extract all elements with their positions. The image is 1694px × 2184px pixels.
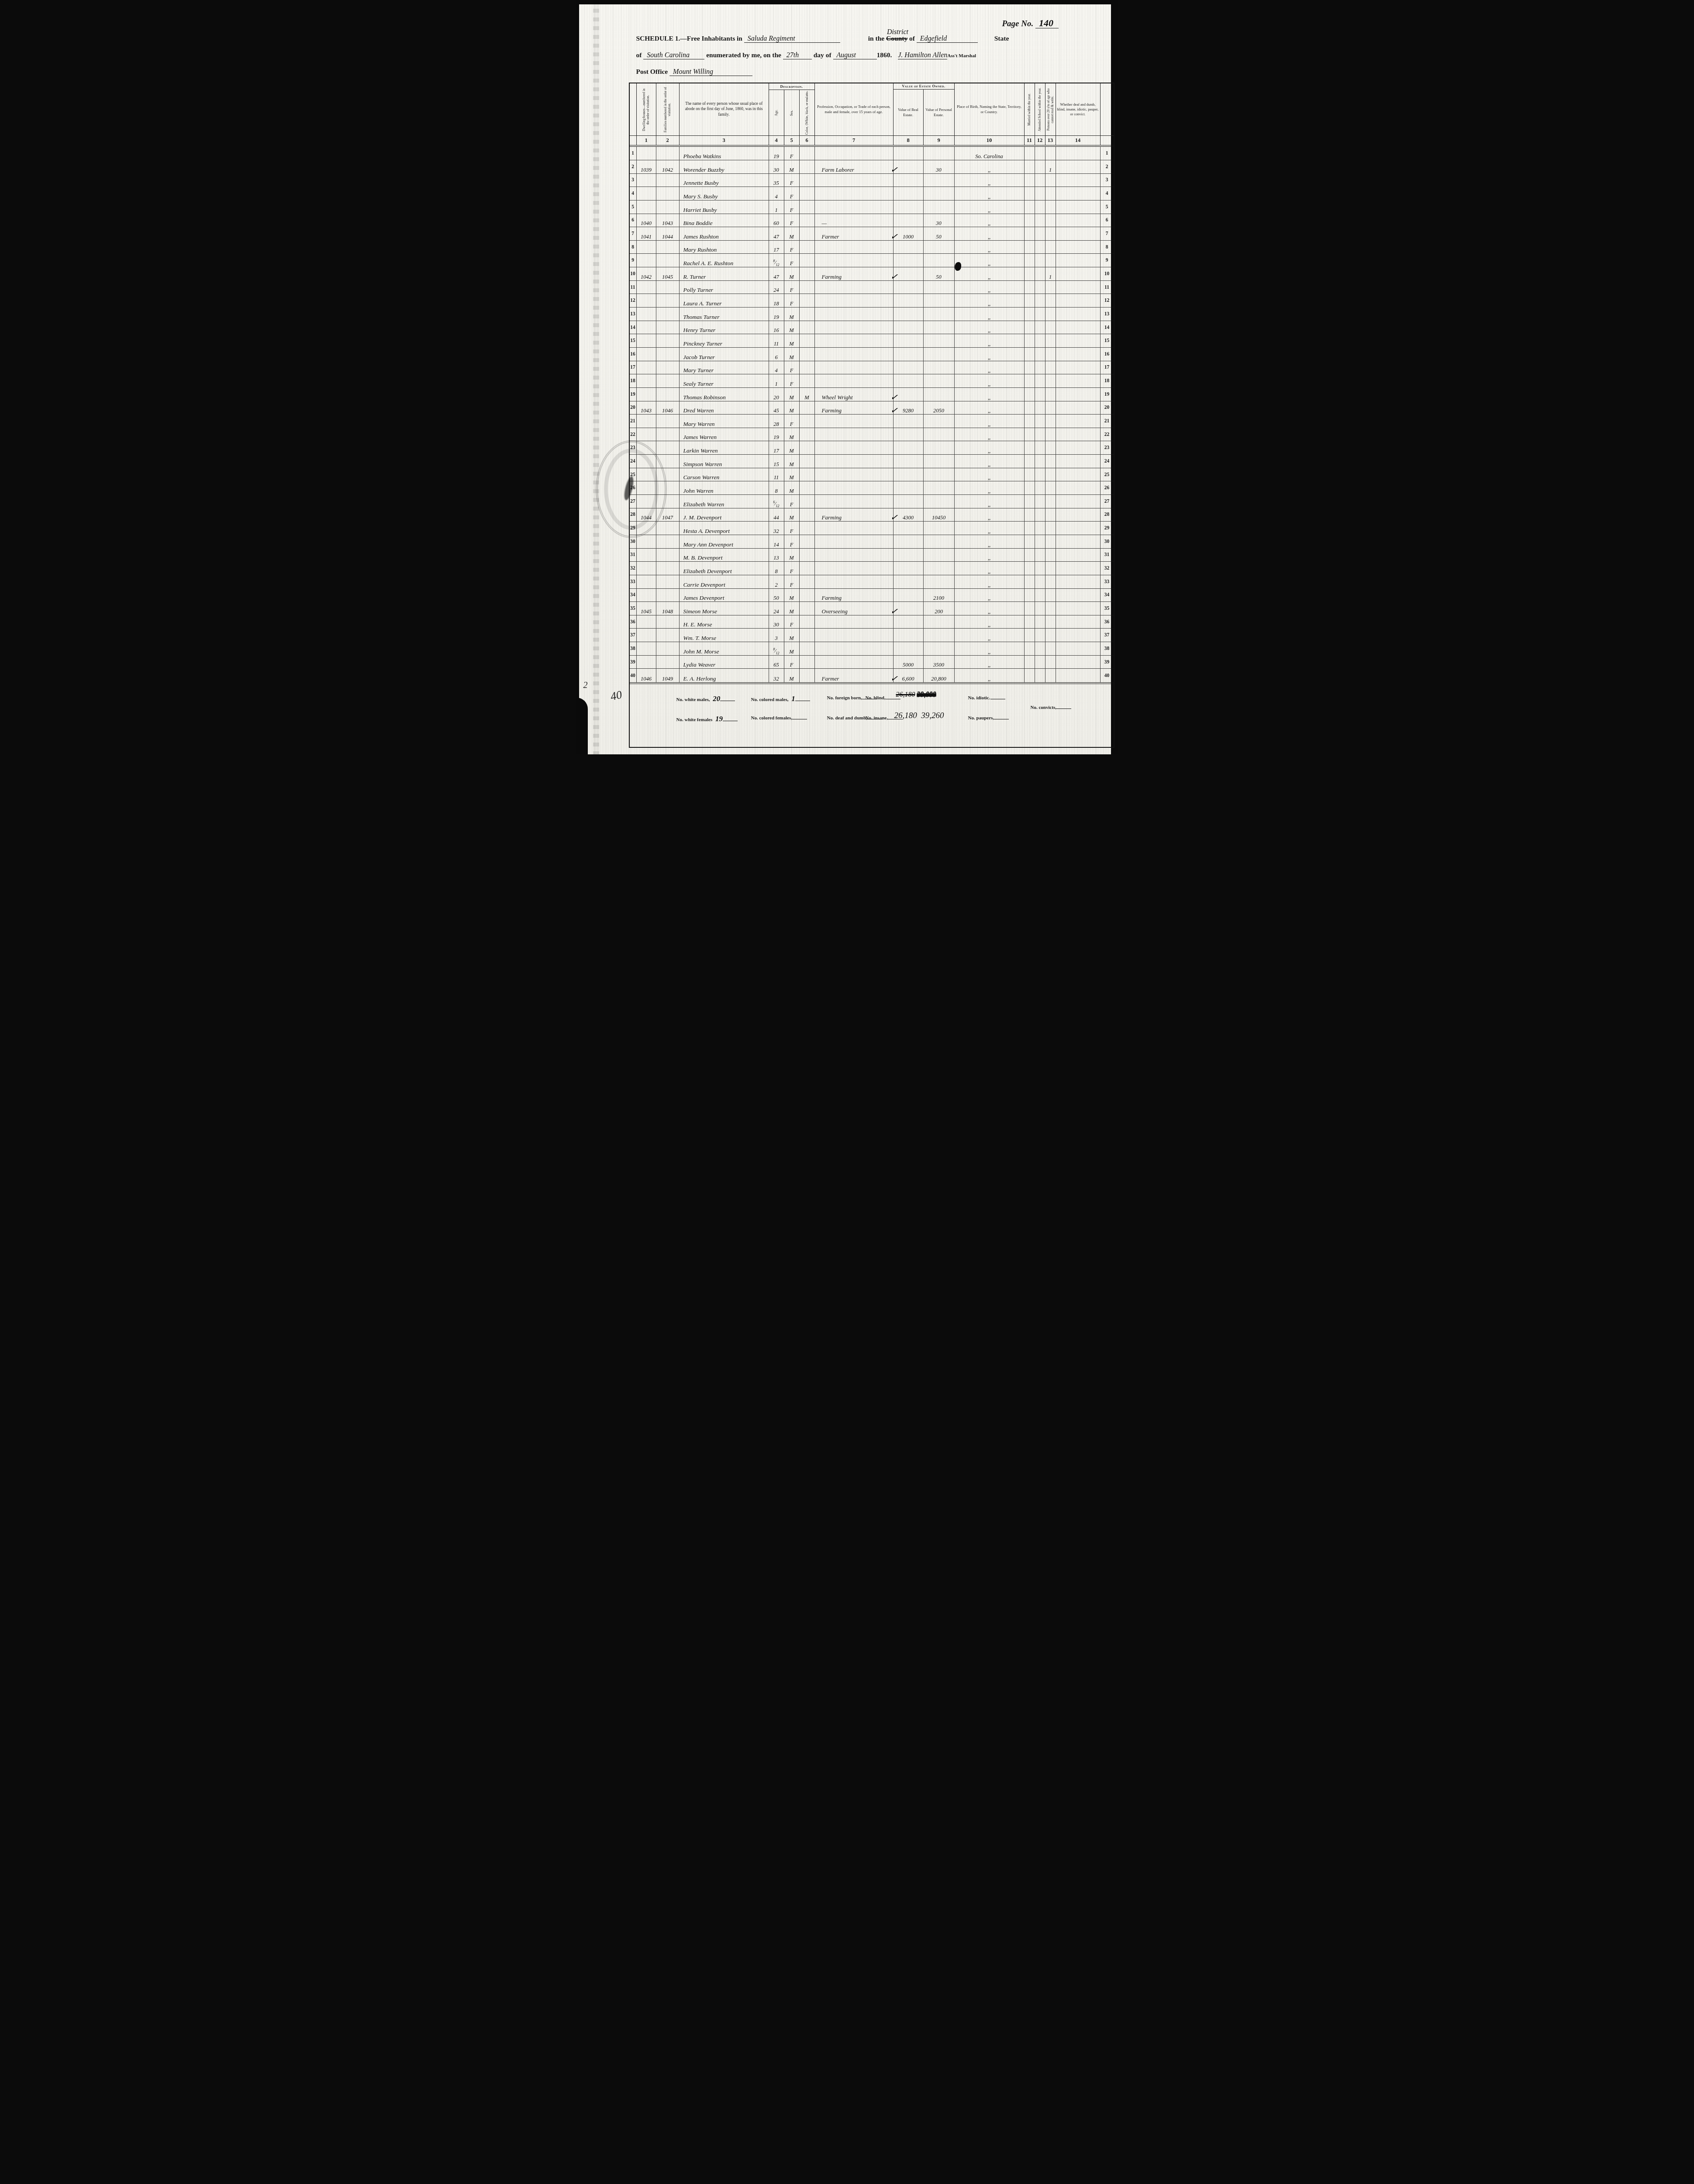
cell-name: Carson Warren (680, 468, 769, 482)
col-header-name: The name of every person whose usual pla… (680, 83, 769, 135)
cell-dwelling-number: 1041 (637, 227, 656, 241)
cell-age: 8 (769, 481, 784, 495)
row-number: 22 (1101, 428, 1114, 442)
cell-married (1025, 629, 1035, 642)
cell-personal-estate (924, 575, 955, 589)
cell-remarks (1056, 468, 1101, 482)
cell-color (800, 294, 815, 308)
column-number: 7 (815, 136, 894, 145)
row-number: 7 (1101, 227, 1114, 241)
cell-dwelling-number (637, 281, 656, 294)
cell-married (1025, 589, 1035, 602)
column-numbers-row: 1234567891011121314 (630, 136, 1114, 147)
row-number: 10 (1101, 267, 1114, 281)
row-number: 6 (1101, 214, 1114, 228)
cell-real-estate (894, 522, 924, 535)
gutter (1101, 136, 1114, 145)
cell-real-estate (894, 174, 924, 187)
cell-sex: M (784, 589, 800, 602)
cell-color (800, 495, 815, 508)
cell-remarks (1056, 348, 1101, 361)
table-row: 9Rachel A. E. Rushton8⁄12F,,9 (630, 254, 1114, 267)
cell-remarks (1056, 281, 1101, 294)
cell-remarks (1056, 308, 1101, 321)
cell-personal-estate: 30 (924, 160, 955, 174)
cell-real-estate (894, 481, 924, 495)
table-row: 29Hesta A. Devenport32F,,29 (630, 522, 1114, 535)
row-number: 5 (630, 200, 637, 214)
cell-remarks (1056, 508, 1101, 522)
cell-dwelling-number (637, 388, 656, 401)
row-number: 27 (1101, 495, 1114, 508)
cell-personal-estate (924, 294, 955, 308)
cell-family-number (656, 361, 680, 375)
cell-remarks (1056, 147, 1101, 160)
cell-sex: F (784, 241, 800, 254)
cell-color (800, 522, 815, 535)
cell-occupation: Farm Laborer (815, 160, 894, 174)
cell-color (800, 615, 815, 629)
cell-age: 11 (769, 334, 784, 348)
row-number: 36 (630, 615, 637, 629)
cell-school (1035, 214, 1045, 228)
cell-sex: M (784, 267, 800, 281)
cell-cannot-read-write (1045, 656, 1056, 669)
cell-name: James Rushton (680, 227, 769, 241)
cell-birthplace: ,, (955, 468, 1025, 482)
cell-cannot-read-write (1045, 294, 1056, 308)
cell-real-estate: 6,600✓ (894, 669, 924, 682)
cell-school (1035, 187, 1045, 200)
of2-label: of (636, 52, 642, 59)
cell-sex: F (784, 656, 800, 669)
cell-cannot-read-write (1045, 374, 1056, 388)
cell-cannot-read-write (1045, 642, 1056, 656)
cell-age: 30 (769, 160, 784, 174)
cell-color (800, 455, 815, 468)
cell-age: 60 (769, 214, 784, 228)
cell-school (1035, 308, 1045, 321)
idiotic-label: No. idiotic. (968, 695, 1005, 701)
cell-name: Bina Boddie (680, 214, 769, 228)
cell-cannot-read-write (1045, 200, 1056, 214)
table-row: 34James Devenport50MFarming2100,,34 (630, 589, 1114, 602)
cell-real-estate (894, 241, 924, 254)
cell-age: 20 (769, 388, 784, 401)
cell-school (1035, 629, 1045, 642)
table-row: 37Wm. T. Morse3M,,37 (630, 629, 1114, 642)
row-number: 40 (630, 669, 637, 682)
cell-married (1025, 281, 1035, 294)
cell-cannot-read-write (1045, 308, 1056, 321)
table-footer: No. white males, 20 No. white females 19… (630, 682, 1114, 747)
cell-cannot-read-write (1045, 468, 1056, 482)
cell-remarks (1056, 187, 1101, 200)
marshal-title: Ass't Marshal (947, 53, 976, 59)
cell-name: James Warren (680, 428, 769, 442)
day-value: 27th (783, 52, 812, 59)
cell-dwelling-number (637, 481, 656, 495)
table-row: 32Elizabeth Devenport8F,,32 (630, 562, 1114, 575)
cell-birthplace: ,, (955, 522, 1025, 535)
census-table: Dwelling-houses—numbered in the order of… (629, 83, 1114, 748)
cell-personal-estate (924, 441, 955, 455)
row-number: 34 (630, 589, 637, 602)
cell-family-number (656, 348, 680, 361)
cell-married (1025, 549, 1035, 562)
col-header-age: Age. (769, 90, 784, 135)
row-number: 23 (1101, 441, 1114, 455)
row-number: 17 (1101, 361, 1114, 375)
cell-birthplace: ,, (955, 200, 1025, 214)
cell-married (1025, 200, 1035, 214)
cell-school (1035, 321, 1045, 335)
cell-occupation (815, 200, 894, 214)
cell-color (800, 214, 815, 228)
cell-color (800, 629, 815, 642)
cell-dwelling-number (637, 428, 656, 442)
colored-males-value: 1 (791, 695, 795, 703)
cell-birthplace: ,, (955, 374, 1025, 388)
post-office-line: Post Office Mount Willing (636, 68, 753, 76)
col-header-profession: Profession, Occupation, or Trade of each… (815, 83, 894, 135)
white-males-label: No. white males, 20 (676, 695, 735, 703)
cell-real-estate: ✓ (894, 267, 924, 281)
cell-real-estate (894, 374, 924, 388)
cell-name: Laura A. Turner (680, 294, 769, 308)
cell-cannot-read-write (1045, 629, 1056, 642)
col-header-real-estate: Value of Real Estate. (894, 90, 924, 135)
cell-family-number (656, 455, 680, 468)
cell-sex: F (784, 535, 800, 549)
cell-dwelling-number (637, 455, 656, 468)
cell-sex: F (784, 495, 800, 508)
cell-remarks (1056, 401, 1101, 415)
row-number: 10 (630, 267, 637, 281)
cell-remarks (1056, 227, 1101, 241)
cell-real-estate (894, 321, 924, 335)
cell-name: Jennette Busby (680, 174, 769, 187)
cell-personal-estate (924, 254, 955, 267)
cell-occupation (815, 615, 894, 629)
cell-sex: F (784, 615, 800, 629)
page-number-line: Page No. 140 (1002, 18, 1059, 29)
cell-school (1035, 334, 1045, 348)
table-row: 11Polly Turner24F,,11 (630, 281, 1114, 294)
cell-name: Thomas Robinson (680, 388, 769, 401)
cell-personal-estate: 2100 (924, 589, 955, 602)
cell-real-estate: ✓ (894, 160, 924, 174)
cell-birthplace: ,, (955, 428, 1025, 442)
cell-color (800, 642, 815, 656)
cell-sex: M (784, 629, 800, 642)
cell-occupation (815, 415, 894, 428)
cell-dwelling-number (637, 522, 656, 535)
table-row: 4010461049E. A. Herlong32MFarmer6,600✓20… (630, 669, 1114, 682)
cell-occupation (815, 294, 894, 308)
cell-dwelling-number (637, 374, 656, 388)
cell-sex: F (784, 254, 800, 267)
cell-family-number: 1044 (656, 227, 680, 241)
row-number: 4 (630, 187, 637, 200)
cell-birthplace: ,, (955, 535, 1025, 549)
cell-school (1035, 254, 1045, 267)
cell-color (800, 562, 815, 575)
cell-dwelling-number: 1045 (637, 602, 656, 615)
cell-family-number: 1048 (656, 602, 680, 615)
cell-dwelling-number (637, 200, 656, 214)
row-number: 22 (630, 428, 637, 442)
cell-sex: M (784, 455, 800, 468)
scan-edge-left (576, 0, 579, 754)
cell-name: Pinckney Turner (680, 334, 769, 348)
cell-dwelling-number (637, 294, 656, 308)
cell-sex: F (784, 374, 800, 388)
cell-name: J. M. Devenport (680, 508, 769, 522)
cell-school (1035, 481, 1045, 495)
cell-occupation (815, 428, 894, 442)
row-number: 26 (1101, 481, 1114, 495)
cell-family-number (656, 281, 680, 294)
month-value: August (833, 52, 877, 59)
cell-cannot-read-write: 1 (1045, 267, 1056, 281)
cell-color (800, 308, 815, 321)
cell-sex: F (784, 214, 800, 228)
cell-age: 18 (769, 294, 784, 308)
cell-dwelling-number (637, 535, 656, 549)
cell-age: 47 (769, 227, 784, 241)
cell-name: M. B. Devenport (680, 549, 769, 562)
cell-age: 24 (769, 602, 784, 615)
cell-birthplace: ,, (955, 321, 1025, 335)
row-number: 14 (1101, 321, 1114, 335)
cell-remarks (1056, 174, 1101, 187)
row-number: 39 (630, 656, 637, 669)
cell-age: 6 (769, 348, 784, 361)
cell-occupation (815, 656, 894, 669)
page-no-label: Page No. (1002, 19, 1034, 28)
cell-family-number: 1043 (656, 214, 680, 228)
cell-real-estate (894, 428, 924, 442)
row-number: 15 (630, 334, 637, 348)
table-row: 24Simpson Warren15M,,24 (630, 455, 1114, 468)
cell-married (1025, 428, 1035, 442)
table-row: 14Henry Turner16M,,14 (630, 321, 1114, 335)
table-row: 39Lydia Weaver65F50003500,,39 (630, 656, 1114, 669)
table-body: 1Phoeba Watkins19FSo. Carolina1210391042… (630, 147, 1114, 682)
cell-occupation (815, 562, 894, 575)
cell-married (1025, 308, 1035, 321)
cell-occupation: Farmer (815, 669, 894, 682)
cell-school (1035, 401, 1045, 415)
cell-color (800, 535, 815, 549)
cell-name: R. Turner (680, 267, 769, 281)
cell-real-estate (894, 348, 924, 361)
cell-dwelling-number: 1040 (637, 214, 656, 228)
cell-married (1025, 174, 1035, 187)
table-row: 8Mary Rushton17F,,8 (630, 241, 1114, 254)
cell-personal-estate (924, 374, 955, 388)
cell-cannot-read-write (1045, 401, 1056, 415)
cell-married (1025, 334, 1035, 348)
cell-school (1035, 174, 1045, 187)
cell-sex: M (784, 308, 800, 321)
cell-cannot-read-write (1045, 549, 1056, 562)
cell-occupation (815, 254, 894, 267)
cell-age: 32 (769, 669, 784, 682)
cell-name: Harriet Busby (680, 200, 769, 214)
cell-personal-estate: 200 (924, 602, 955, 615)
column-number: 5 (784, 136, 800, 145)
title-line-2: of South Carolina enumerated by me, on t… (636, 52, 976, 59)
cell-birthplace: ,, (955, 308, 1025, 321)
cell-sex: M (784, 428, 800, 442)
cell-birthplace: ,, (955, 669, 1025, 682)
cell-dwelling-number (637, 549, 656, 562)
table-row: 13Thomas Turner19M,,13 (630, 308, 1114, 321)
cell-cannot-read-write (1045, 348, 1056, 361)
cell-cannot-read-write (1045, 562, 1056, 575)
cell-dwelling-number: 1046 (637, 669, 656, 682)
cell-personal-estate (924, 348, 955, 361)
table-row: 22James Warren19M,,22 (630, 428, 1114, 442)
cell-school (1035, 200, 1045, 214)
scan-edge-corner (576, 698, 588, 754)
cell-occupation (815, 481, 894, 495)
row-number: 30 (630, 535, 637, 549)
cell-age: 44 (769, 508, 784, 522)
cell-cannot-read-write (1045, 281, 1056, 294)
cell-family-number (656, 254, 680, 267)
cell-family-number (656, 656, 680, 669)
convicts-label: No. convicts, (1031, 704, 1072, 710)
table-row: 30Mary Ann Devenport14F,,30 (630, 535, 1114, 549)
cell-dwelling-number (637, 348, 656, 361)
cell-birthplace: ,, (955, 481, 1025, 495)
cell-occupation (815, 321, 894, 335)
cell-family-number (656, 562, 680, 575)
cell-married (1025, 294, 1035, 308)
cell-color (800, 401, 815, 415)
cell-color (800, 241, 815, 254)
cell-dwelling-number (637, 589, 656, 602)
cell-sex: M (784, 388, 800, 401)
cell-cannot-read-write (1045, 361, 1056, 375)
cell-remarks (1056, 361, 1101, 375)
cell-family-number (656, 522, 680, 535)
cell-married (1025, 481, 1035, 495)
cell-married (1025, 468, 1035, 482)
totals-struck: 26,180 39,000 (896, 691, 936, 699)
cell-name: Wm. T. Morse (680, 629, 769, 642)
cell-dwelling-number (637, 415, 656, 428)
table-row: 5Harriet Busby1F,,5 (630, 200, 1114, 214)
row-number: 5 (1101, 200, 1114, 214)
cell-occupation: Farming (815, 589, 894, 602)
county-value: Edgefield (917, 35, 978, 43)
cell-color (800, 254, 815, 267)
cell-cannot-read-write (1045, 227, 1056, 241)
row-number: 13 (1101, 308, 1114, 321)
cell-real-estate (894, 562, 924, 575)
cell-personal-estate (924, 174, 955, 187)
cell-age: 4 (769, 187, 784, 200)
table-row: 16Jacob Turner6M,,16 (630, 348, 1114, 361)
cell-cannot-read-write (1045, 495, 1056, 508)
cell-personal-estate (924, 629, 955, 642)
cell-dwelling-number (637, 441, 656, 455)
cell-dwelling-number (637, 468, 656, 482)
cell-married (1025, 147, 1035, 160)
cell-sex: M (784, 481, 800, 495)
row-number: 27 (630, 495, 637, 508)
white-males-value: 20 (713, 695, 720, 703)
cell-cannot-read-write (1045, 508, 1056, 522)
cell-cannot-read-write (1045, 254, 1056, 267)
cell-color (800, 281, 815, 294)
cell-real-estate (894, 147, 924, 160)
table-row: 2810441047J. M. Devenport44MFarming4300✓… (630, 508, 1114, 522)
row-number: 11 (1101, 281, 1114, 294)
row-number: 19 (630, 388, 637, 401)
cell-married (1025, 495, 1035, 508)
blind-label: No. blind, (866, 695, 900, 701)
table-row: 38John M. Morse8⁄12M,,38 (630, 642, 1114, 656)
cell-birthplace: ,, (955, 441, 1025, 455)
cell-family-number (656, 415, 680, 428)
row-number: 8 (630, 241, 637, 254)
col-header-illiterate: Persons over 20 y'rs of age who cannot r… (1045, 83, 1056, 135)
table-row: 210391042Worender Buzzby30MFarm Laborer✓… (630, 160, 1114, 174)
cell-personal-estate (924, 321, 955, 335)
cell-occupation: Farmer (815, 227, 894, 241)
table-row: 36H. E. Morse30F,,36 (630, 615, 1114, 629)
cell-remarks (1056, 254, 1101, 267)
cell-occupation: Wheel Wright (815, 388, 894, 401)
cell-occupation (815, 334, 894, 348)
cell-age: 35 (769, 174, 784, 187)
cell-real-estate (894, 549, 924, 562)
cell-personal-estate: 2050 (924, 401, 955, 415)
table-row: 31M. B. Devenport13M,,31 (630, 549, 1114, 562)
cell-school (1035, 281, 1045, 294)
cell-age: 28 (769, 415, 784, 428)
cell-remarks (1056, 388, 1101, 401)
estate-group: Value of Estate Owned. Value of Real Est… (894, 83, 955, 135)
cell-real-estate (894, 535, 924, 549)
cell-name: Jacob Turner (680, 348, 769, 361)
col-header-families: Families numbered in the order of visita… (656, 83, 680, 135)
cell-age: 3 (769, 629, 784, 642)
totals-personal-estate: 39,260 (921, 711, 944, 720)
cell-real-estate (894, 495, 924, 508)
cell-personal-estate (924, 481, 955, 495)
cell-age: 45 (769, 401, 784, 415)
cell-cannot-read-write (1045, 415, 1056, 428)
cell-cannot-read-write (1045, 481, 1056, 495)
cell-cannot-read-write: 1 (1045, 160, 1056, 174)
cell-occupation (815, 174, 894, 187)
cell-school (1035, 428, 1045, 442)
cell-married (1025, 187, 1035, 200)
cell-school (1035, 549, 1045, 562)
cell-personal-estate (924, 468, 955, 482)
column-number: 10 (955, 136, 1025, 145)
cell-occupation (815, 575, 894, 589)
cell-real-estate (894, 214, 924, 228)
cell-occupation: Overseeing (815, 602, 894, 615)
cell-color (800, 549, 815, 562)
